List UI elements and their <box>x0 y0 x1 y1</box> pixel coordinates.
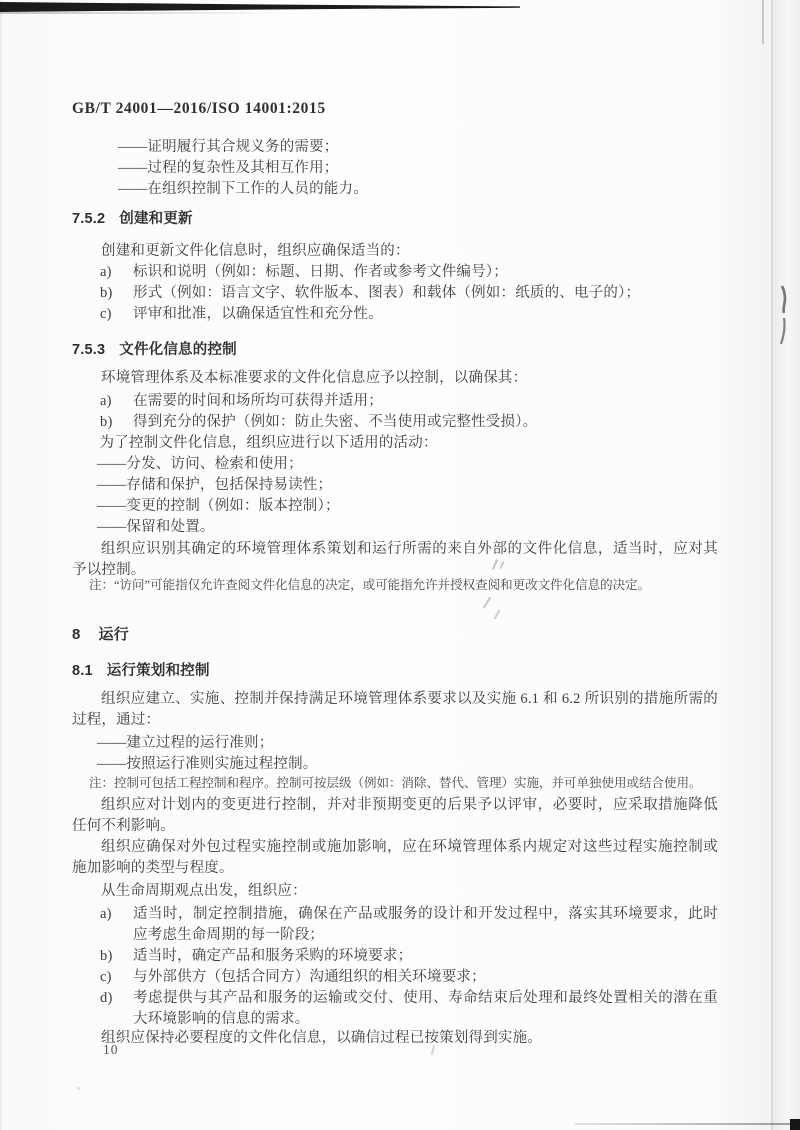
dash-item: ——变更的控制（例如：版本控制）； <box>97 496 718 517</box>
paragraph: 组织应确保对外包过程实施控制或施加影响，应在环境管理体系内规定对这些过程实施控制… <box>72 837 718 879</box>
list-item: b)形式（例如：语言文字、软件版本、图表）和载体（例如：纸质的、电子的）； <box>100 283 718 304</box>
list-item: d)考虑提供与其产品和服务的运输或交付、使用、寿命结束后处理和最终处置相关的潜在… <box>100 988 718 1030</box>
page-edge-shade <box>773 0 800 1130</box>
page-number: 10 <box>103 1042 119 1058</box>
dash-item: ——存储和保护，包括保持易读性； <box>97 475 718 496</box>
list-item: a)适当时，制定控制措施，确保在产品或服务的设计和开发过程中，落实其环境要求，此… <box>100 904 718 946</box>
intro-dash-list: ——证明履行其合规义务的需要； ——过程的复杂性及其相互作用； ——在组织控制下… <box>72 137 718 200</box>
item-label: a) <box>100 904 133 946</box>
paragraph: 组织应识别其确定的环境管理体系策划和运行所需的来自外部的文件化信息，适当时，应对… <box>72 539 718 581</box>
list-item: a)在需要的时间和场所均可获得并适用； <box>100 391 718 412</box>
clause-number: 8 <box>72 626 81 643</box>
dash-item: ——按照运行准则实施过程控制。 <box>97 754 718 775</box>
dash-item: ——过程的复杂性及其相互作用； <box>118 158 718 179</box>
list-item: b)得到充分的保护（例如：防止失密、不当使用或完整性受损）。 <box>100 412 718 433</box>
note: 注：“访问”可能指仅允许查阅文件化信息的决定，或可能指允许并授权查阅和更改文件化… <box>89 577 718 594</box>
section-heading-7-5-3: 7.5.3文件化信息的控制 <box>72 340 718 361</box>
lettered-list: a)在需要的时间和场所均可获得并适用； b)得到充分的保护（例如：防止失密、不当… <box>72 391 718 433</box>
item-text: 适当时，确定产品和服务采购的环境要求； <box>133 946 718 967</box>
dash-item: ——分发、访问、检索和使用； <box>97 454 718 475</box>
section-title: 创建和更新 <box>119 211 193 227</box>
dash-item: ——保留和处置。 <box>97 517 718 538</box>
item-label: b) <box>100 946 133 967</box>
paragraph: 组织应建立、实施、控制并保持满足环境管理体系要求以及实施 6.1 和 6.2 所… <box>72 689 718 731</box>
item-text: 与外部供方（包括合同方）沟通组织的相关环境要求； <box>133 967 718 988</box>
item-text: 考虑提供与其产品和服务的运输或交付、使用、寿命结束后处理和最终处置相关的潜在重大… <box>133 988 718 1030</box>
lettered-list: a)适当时，制定控制措施，确保在产品或服务的设计和开发过程中，落实其环境要求，此… <box>72 904 718 1030</box>
item-label: b) <box>100 283 133 304</box>
clause-title: 运行 <box>99 626 129 643</box>
scan-left-edge <box>0 0 2 1130</box>
paragraph: 为了控制文件化信息，组织应进行以下适用的活动： <box>72 433 718 454</box>
lettered-list: a)标识和说明（例如：标题、日期、作者或参考文件编号）； b)形式（例如：语言文… <box>72 262 718 325</box>
item-label: a) <box>100 391 133 412</box>
section-heading-8-1: 8.1运行策划和控制 <box>72 661 718 682</box>
paragraph: 组织应保持必要程度的文件化信息，以确信过程已按策划得到实施。 <box>72 1028 718 1049</box>
dash-list: ——建立过程的运行准则； ——按照运行准则实施过程控制。 <box>72 733 718 775</box>
paragraph: 创建和更新文件化信息时，组织应确保适当的： <box>72 241 718 262</box>
scan-corner-mark <box>790 1119 800 1130</box>
list-item: a)标识和说明（例如：标题、日期、作者或参考文件编号）； <box>100 262 718 283</box>
item-label: c) <box>100 967 133 988</box>
running-header: GB/T 24001—2016/ISO 14001:2015 <box>72 98 718 119</box>
dash-item: ——证明履行其合规义务的需要； <box>118 137 718 158</box>
dash-item: ——在组织控制下工作的人员的能力。 <box>118 179 718 200</box>
paragraph: 环境管理体系及本标准要求的文件化信息应予以控制，以确保其： <box>72 368 718 389</box>
item-text: 得到充分的保护（例如：防止失密、不当使用或完整性受损）。 <box>133 412 718 433</box>
paragraph: 组织应对计划内的变更进行控制，并对非预期变更的后果予以评审，必要时，应采取措施降… <box>72 795 718 837</box>
section-number: 7.5.3 <box>72 342 105 358</box>
item-label: a) <box>100 262 133 283</box>
item-label: d) <box>100 988 133 1030</box>
item-text: 在需要的时间和场所均可获得并适用； <box>133 391 718 412</box>
scan-top-right-crease <box>762 0 764 44</box>
clause-heading-8: 8运行 <box>72 624 718 645</box>
item-text: 标识和说明（例如：标题、日期、作者或参考文件编号）； <box>133 262 718 283</box>
section-number: 7.5.2 <box>72 211 105 227</box>
section-heading-7-5-2: 7.5.2创建和更新 <box>72 209 718 230</box>
text-column: GB/T 24001—2016/ISO 14001:2015 ——证明履行其合规… <box>72 0 718 1049</box>
note: 注：控制可包括工程控制和程序。控制可按层级（例如：消除、替代、管理）实施，并可单… <box>89 775 718 792</box>
item-text: 适当时，制定控制措施，确保在产品或服务的设计和开发过程中，落实其环境要求，此时应… <box>133 904 718 946</box>
item-label: b) <box>100 412 133 433</box>
section-number: 8.1 <box>72 663 93 679</box>
scan-bottom-edge-shadow <box>575 1123 791 1125</box>
list-item: b)适当时，确定产品和服务采购的环境要求； <box>100 946 718 967</box>
item-text: 形式（例如：语言文字、软件版本、图表）和载体（例如：纸质的、电子的）； <box>133 283 718 304</box>
scanned-document-page: GB/T 24001—2016/ISO 14001:2015 ——证明履行其合规… <box>0 0 800 1130</box>
speckle-mark <box>77 1087 80 1090</box>
section-title: 文件化信息的控制 <box>119 342 237 358</box>
paragraph: 从生命周期观点出发，组织应： <box>72 881 718 902</box>
section-title: 运行策划和控制 <box>107 663 210 679</box>
dash-item: ——建立过程的运行准则； <box>97 733 718 754</box>
binding-mark <box>777 284 789 348</box>
dash-list: ——分发、访问、检索和使用； ——存储和保护，包括保持易读性； ——变更的控制（… <box>72 454 718 538</box>
item-text: 评审和批准，以确保适宜性和充分性。 <box>133 304 718 325</box>
list-item: c)评审和批准，以确保适宜性和充分性。 <box>100 304 718 325</box>
list-item: c)与外部供方（包括合同方）沟通组织的相关环境要求； <box>100 967 718 988</box>
item-label: c) <box>100 304 133 325</box>
